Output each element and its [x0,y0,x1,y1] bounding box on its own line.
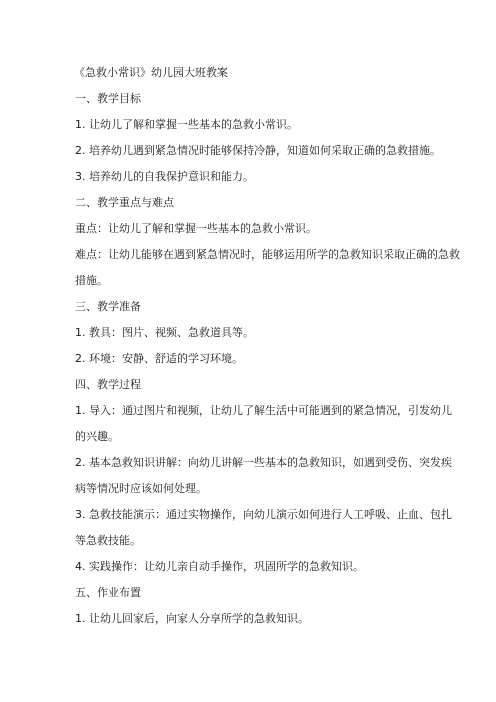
paragraph-line: 措施。 [75,268,427,294]
objective-item: 1. 让幼儿了解和掌握一些基本的急救小常识。 [75,112,427,138]
section-heading-preparation: 三、教学准备 [75,294,427,320]
paragraph-line: 3. 急救技能演示：通过实物操作，向幼儿演示如何进行人工呼吸、止血、包扎 [75,502,427,528]
difficulty-paragraph: 难点：让幼儿能够在遇到紧急情况时，能够运用所学的急救知识采取正确的急救 措施。 [75,242,427,294]
paragraph-line: 1. 导入：通过图片和视频，让幼儿了解生活中可能遇到的紧急情况，引发幼儿 [75,398,427,424]
preparation-item: 1. 教具：图片、视频、急救道具等。 [75,320,427,346]
paragraph-line: 的兴趣。 [75,424,427,450]
paragraph-line: 难点：让幼儿能够在遇到紧急情况时，能够运用所学的急救知识采取正确的急救 [75,242,427,268]
objective-item: 2. 培养幼儿遇到紧急情况时能够保持冷静，知道如何采取正确的急救措施。 [75,138,427,164]
key-point-text: 重点：让幼儿了解和掌握一些基本的急救小常识。 [75,216,427,242]
process-item: 1. 导入：通过图片和视频，让幼儿了解生活中可能遇到的紧急情况，引发幼儿 的兴趣… [75,398,427,450]
section-heading-objectives: 一、教学目标 [75,86,427,112]
homework-item: 1. 让幼儿回家后，向家人分享所学的急救知识。 [75,606,427,632]
document-page: 《急救小常识》幼儿园大班教案 一、教学目标 1. 让幼儿了解和掌握一些基本的急救… [0,0,496,702]
paragraph-line: 等急救技能。 [75,528,427,554]
section-heading-key-points: 二、教学重点与难点 [75,190,427,216]
paragraph-line: 2. 基本急救知识讲解：向幼儿讲解一些基本的急救知识，如遇到受伤、突发疾 [75,450,427,476]
objective-item: 3. 培养幼儿的自我保护意识和能力。 [75,164,427,190]
preparation-item: 2. 环境：安静、舒适的学习环境。 [75,346,427,372]
document-body: 《急救小常识》幼儿园大班教案 一、教学目标 1. 让幼儿了解和掌握一些基本的急救… [75,60,427,632]
paragraph-line: 病等情况时应该如何处理。 [75,476,427,502]
process-item: 4. 实践操作：让幼儿亲自动手操作，巩固所学的急救知识。 [75,554,427,580]
process-item: 3. 急救技能演示：通过实物操作，向幼儿演示如何进行人工呼吸、止血、包扎 等急救… [75,502,427,554]
section-heading-process: 四、教学过程 [75,372,427,398]
document-title: 《急救小常识》幼儿园大班教案 [74,60,427,86]
section-heading-homework: 五、作业布置 [75,580,427,606]
process-item: 2. 基本急救知识讲解：向幼儿讲解一些基本的急救知识，如遇到受伤、突发疾 病等情… [75,450,427,502]
